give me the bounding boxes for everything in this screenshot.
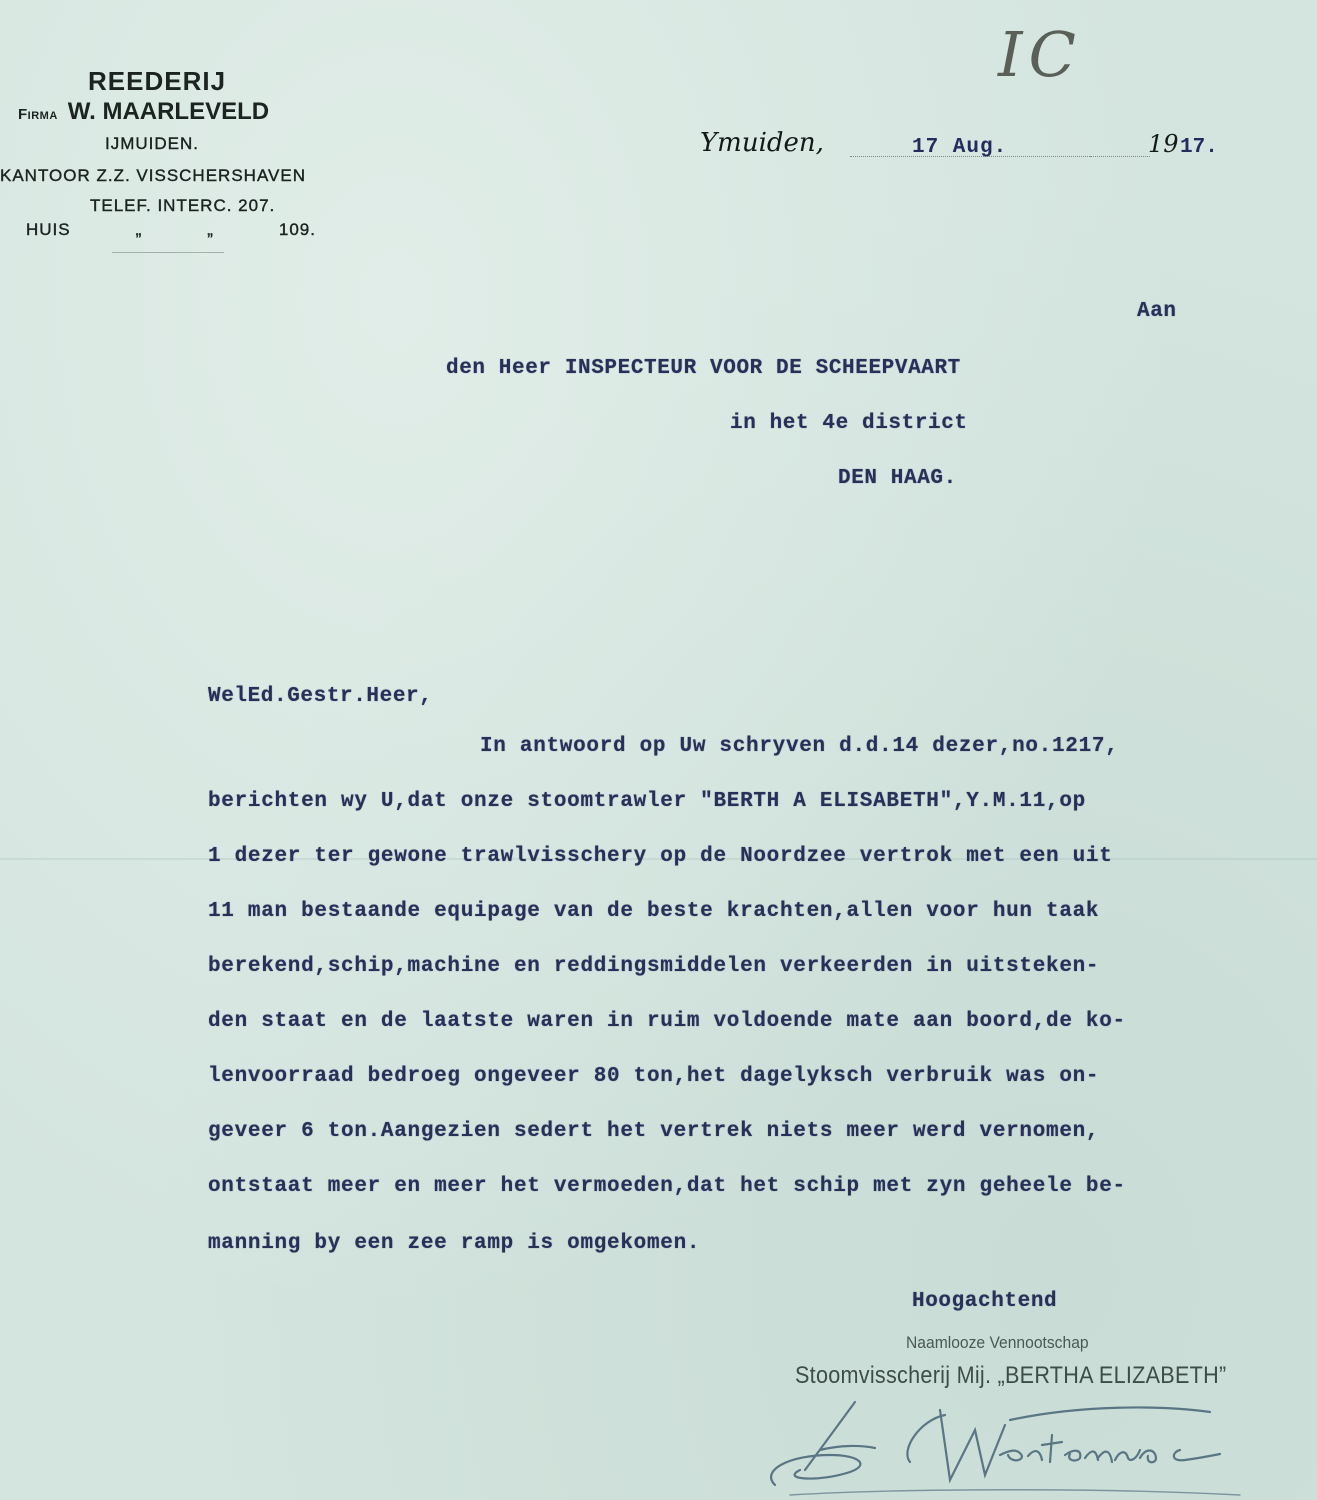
body-line: ontstaat meer en meer het vermoeden,dat …: [208, 1175, 1126, 1198]
date-place: Ymuiden,: [700, 128, 824, 158]
body-line: 11 man bestaande equipage van de beste k…: [208, 900, 1099, 923]
letterhead-office: KANTOOR Z.Z. VISSCHERSHAVEN: [0, 166, 306, 186]
letterhead-telephone: TELEF. INTERC. 207.: [90, 196, 275, 216]
date-year-suffix: 17.: [1180, 136, 1218, 159]
body-line: geveer 6 ton.Aangezien sedert het vertre…: [208, 1120, 1099, 1143]
ditto-mark: „: [207, 220, 214, 240]
company-stamp-line-2: Stoomvisscherij Mij. „BERTHA ELIZABETH”: [795, 1362, 1226, 1390]
letterhead-house-phone: HUIS „ „ 109.: [26, 220, 316, 240]
firma-line: FirmaW. MAARLEVELD: [18, 98, 269, 126]
letterhead-city: IJMUIDEN.: [105, 134, 199, 154]
company-name: REEDERIJ: [88, 66, 226, 97]
recipient-line-1: den Heer INSPECTEUR VOOR DE SCHEEPVAART: [446, 357, 961, 380]
handwritten-reference-mark: IC: [998, 18, 1082, 91]
house-number: 109.: [279, 220, 316, 240]
closing: Hoogachtend: [912, 1290, 1057, 1313]
letterhead-rule: [112, 252, 224, 253]
body-line: den staat en de laatste waren in ruim vo…: [208, 1010, 1126, 1033]
salutation: WelEd.Gestr.Heer,: [208, 685, 432, 708]
body-line: berichten wy U,dat onze stoomtrawler "BE…: [208, 790, 1086, 813]
dotted-line: [1090, 156, 1150, 157]
dateline: Ymuiden, 17 Aug. 19 17.: [700, 128, 1240, 168]
recipient-aan: Aan: [1137, 300, 1177, 323]
recipient-line-3: DEN HAAG.: [838, 467, 957, 490]
recipient-line-2: in het 4e district: [730, 412, 968, 435]
handwritten-signature: [760, 1400, 1280, 1500]
body-line: manning by een zee ramp is omgekomen.: [208, 1232, 700, 1255]
firma-prefix: Firma: [18, 106, 58, 123]
date-day-month: 17 Aug.: [912, 136, 1007, 159]
ditto-mark: „: [136, 220, 143, 240]
body-line: 1 dezer ter gewone trawlvisschery op de …: [208, 845, 1113, 868]
body-line: In antwoord op Uw schryven d.d.14 dezer,…: [480, 735, 1119, 758]
body-line: lenvoorraad bedroeg ongeveer 80 ton,het …: [208, 1065, 1099, 1088]
date-year-prefix: 19: [1148, 130, 1179, 158]
firma-name: W. MAARLEVELD: [68, 98, 269, 125]
body-line: berekend,schip,machine en reddingsmiddel…: [208, 955, 1099, 978]
house-label: HUIS: [26, 220, 71, 240]
company-stamp-line-1: Naamlooze Vennootschap: [906, 1333, 1089, 1353]
